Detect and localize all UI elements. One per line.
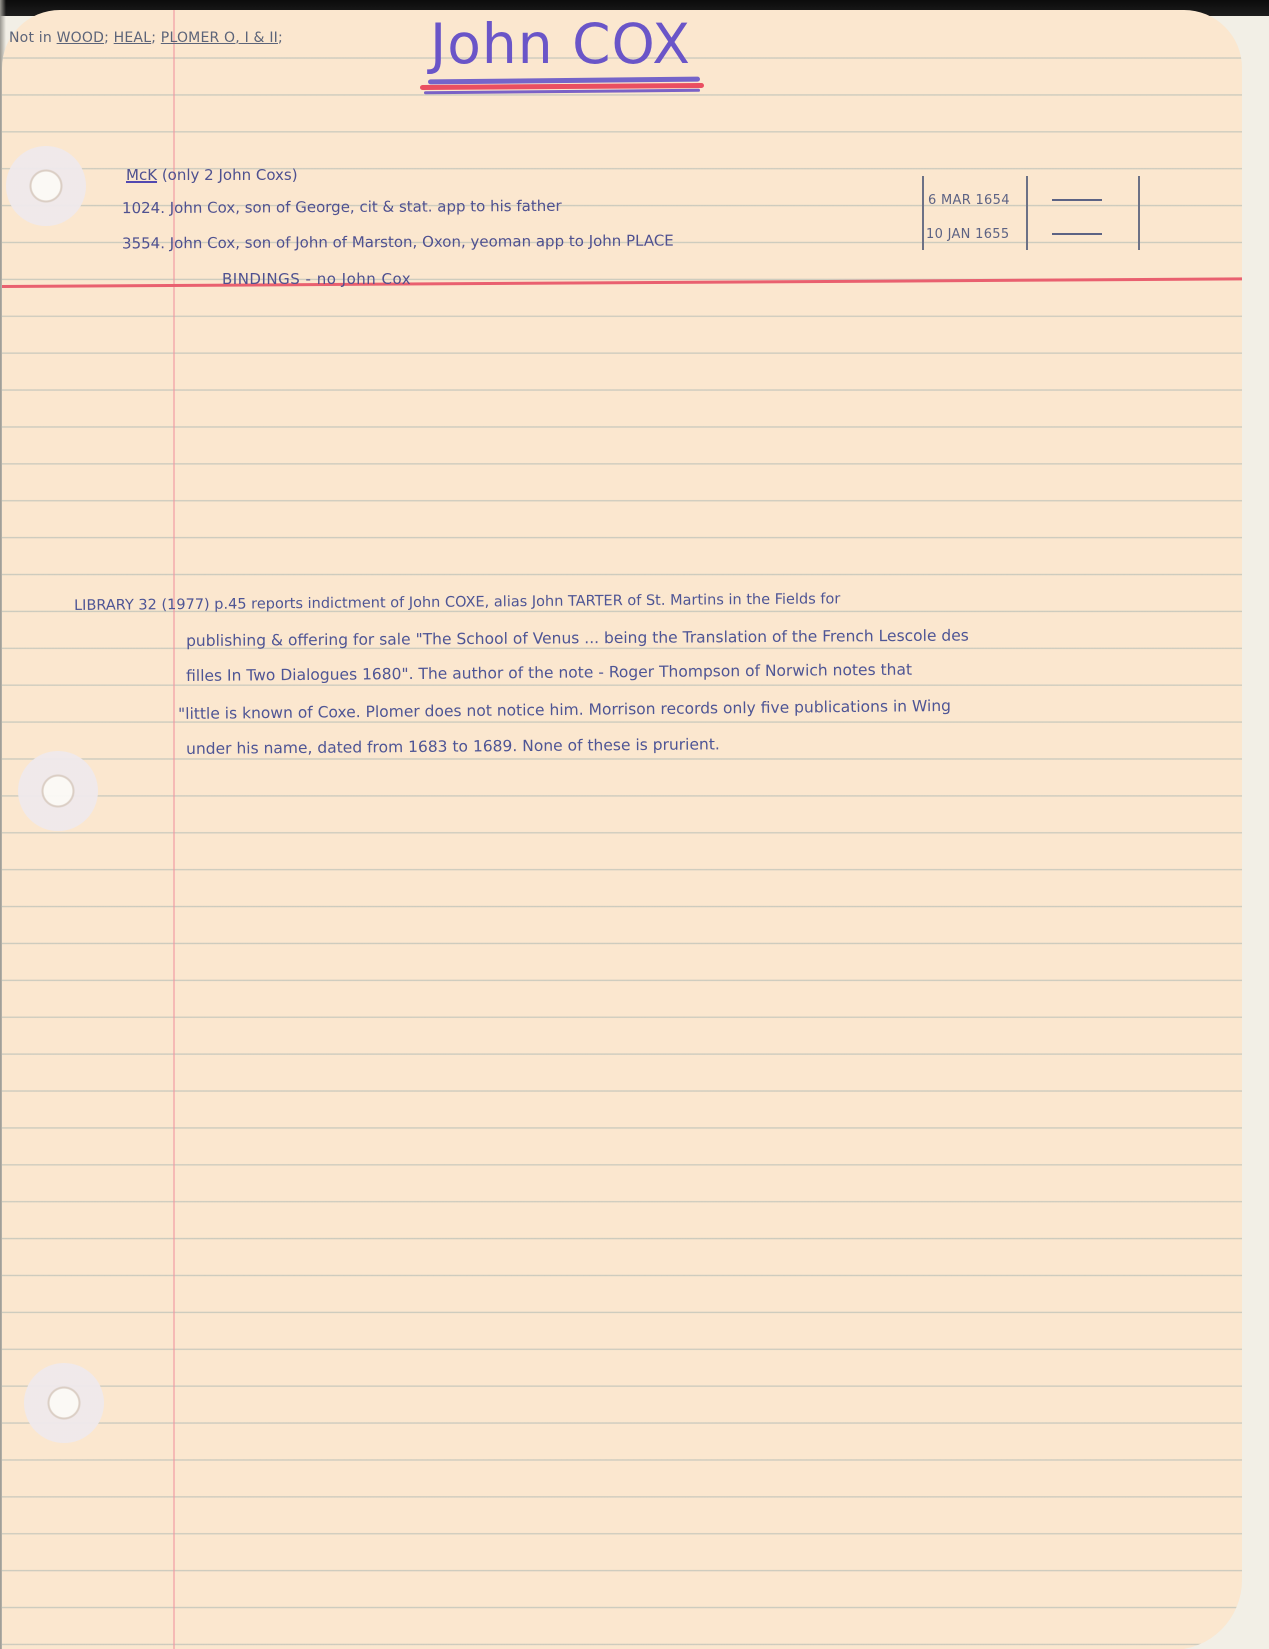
punch-hole-top	[6, 146, 86, 226]
freedom-dash	[1052, 199, 1102, 201]
source-heading: McK (only 2 John Coxs)	[126, 166, 298, 184]
table-rule	[922, 176, 924, 250]
source-label: McK	[126, 166, 157, 184]
header-sep: ;	[278, 30, 283, 46]
index-card	[2, 10, 1242, 1649]
binding-date: 10 JAN 1655	[926, 227, 1009, 242]
record-number: 1024.	[122, 199, 165, 217]
record-entry: 3554. John Cox, son of John of Marston, …	[122, 232, 674, 253]
punch-hole-bottom	[24, 1363, 104, 1443]
date-table: 6 MAR 1654 10 JAN 1655	[922, 176, 1140, 250]
record-text: John Cox, son of John of Marston, Oxon, …	[170, 232, 674, 253]
header-note: Not in WOOD; HEAL; PLOMER O, I & II;	[9, 30, 283, 46]
card-title: John COX	[430, 12, 691, 76]
header-note-prefix: Not in	[9, 30, 52, 46]
header-sep: ;	[104, 30, 109, 46]
binding-date: 6 MAR 1654	[928, 193, 1010, 208]
bindings-note: BINDINGS - no John Cox	[222, 270, 411, 288]
freedom-dash	[1052, 233, 1102, 235]
record-entry: 1024. John Cox, son of George, cit & sta…	[122, 197, 562, 217]
red-divider-rule	[2, 277, 1242, 288]
table-rule	[1026, 176, 1028, 250]
record-text: John Cox, son of George, cit & stat. app…	[170, 197, 562, 217]
header-ref-plomer: PLOMER O, I & II	[161, 30, 278, 46]
header-ref-wood: WOOD	[57, 30, 104, 46]
record-number: 3554.	[122, 234, 165, 252]
header-sep: ;	[151, 30, 156, 46]
header-ref-heal: HEAL	[114, 30, 152, 46]
table-rule	[1138, 176, 1140, 250]
punch-hole-middle	[18, 751, 98, 831]
source-note: (only 2 John Coxs)	[162, 166, 298, 184]
margin-line	[173, 10, 175, 1649]
